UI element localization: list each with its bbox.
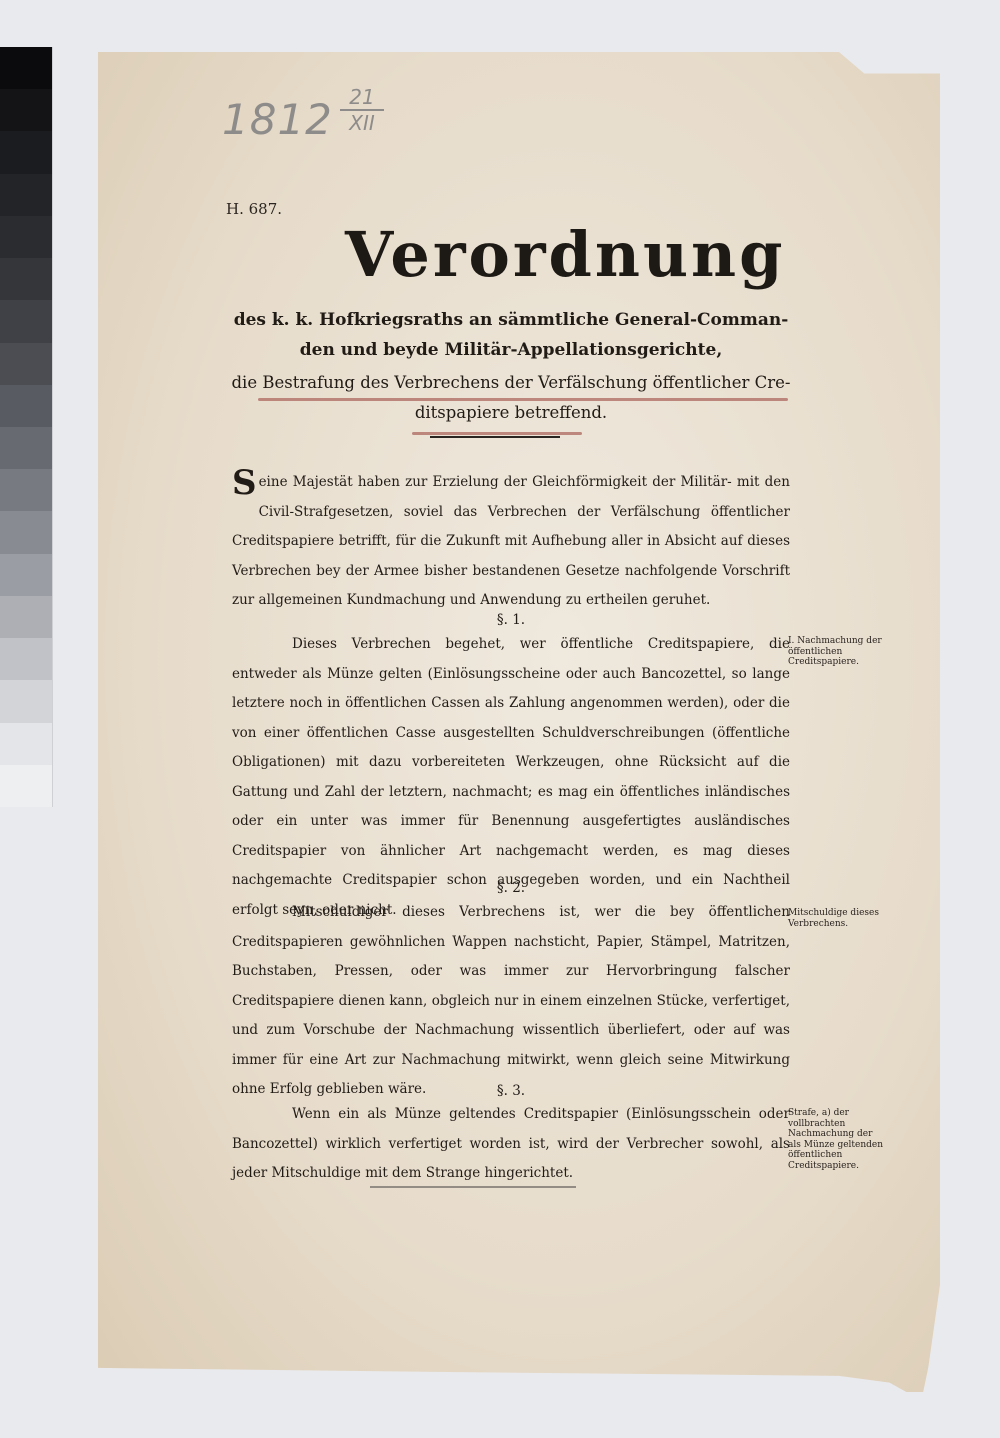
gray-step [0, 300, 52, 342]
gray-step [0, 554, 52, 596]
document-title: Verordnung [345, 218, 785, 291]
gray-step [0, 47, 52, 89]
section-3-text: Wenn ein als Münze geltendes Creditspapi… [232, 1100, 790, 1189]
gray-step [0, 89, 52, 131]
gray-step [0, 174, 52, 216]
section-2-heading: §. 2. [232, 880, 790, 896]
preamble-text: eine Majestät haben zur Erzielung der Gl… [232, 474, 790, 608]
section-3-heading: §. 3. [232, 1083, 790, 1099]
margin-note-2: Mitschuldige dieses Verbrechens. [788, 908, 888, 929]
gray-step [0, 638, 52, 680]
margin-note-1: I. Nachmachung der öffentlichen Creditsp… [788, 636, 888, 668]
gray-step [0, 343, 52, 385]
fraction-top: 21 [349, 85, 374, 109]
fraction-bottom: XII [349, 111, 375, 135]
gray-step [0, 596, 52, 638]
gray-step [0, 427, 52, 469]
title-rule [430, 436, 560, 438]
margin-note-3: Strafe, a) der vollbrachten Nachmachung … [788, 1108, 888, 1171]
handwritten-year: 1812 [222, 95, 333, 144]
red-underline-short [412, 432, 582, 435]
gray-step [0, 511, 52, 553]
document-reference-number: H. 687. [226, 200, 282, 218]
gray-step [0, 216, 52, 258]
preamble-paragraph: Seine Majestät haben zur Erzielung der G… [232, 468, 790, 616]
issuer-line-2: den und beyde Militär-Appellationsgerich… [226, 335, 796, 365]
handwritten-date-fraction: 21 XII [340, 86, 384, 134]
gray-step [0, 469, 52, 511]
gray-step [0, 680, 52, 722]
gray-step [0, 765, 52, 807]
pencil-underline [370, 1186, 576, 1188]
dropcap: S [232, 466, 257, 500]
section-2-text: Mitschuldiger dieses Verbrechens ist, we… [232, 898, 790, 1105]
gray-step [0, 723, 52, 765]
section-1-heading: §. 1. [232, 612, 790, 628]
issuer-line-1: des k. k. Hofkriegsraths an sämmtliche G… [226, 305, 796, 335]
issuer-heading: des k. k. Hofkriegsraths an sämmtliche G… [226, 305, 796, 365]
red-underline [258, 398, 788, 401]
subject-line-1: die Bestrafung des Verbrechens der Verfä… [226, 368, 796, 398]
gray-step [0, 385, 52, 427]
gray-scale-calibration-card [0, 47, 53, 807]
gray-step [0, 131, 52, 173]
subject-line-2: ditspapiere betreffend. [226, 398, 796, 428]
gray-step [0, 258, 52, 300]
